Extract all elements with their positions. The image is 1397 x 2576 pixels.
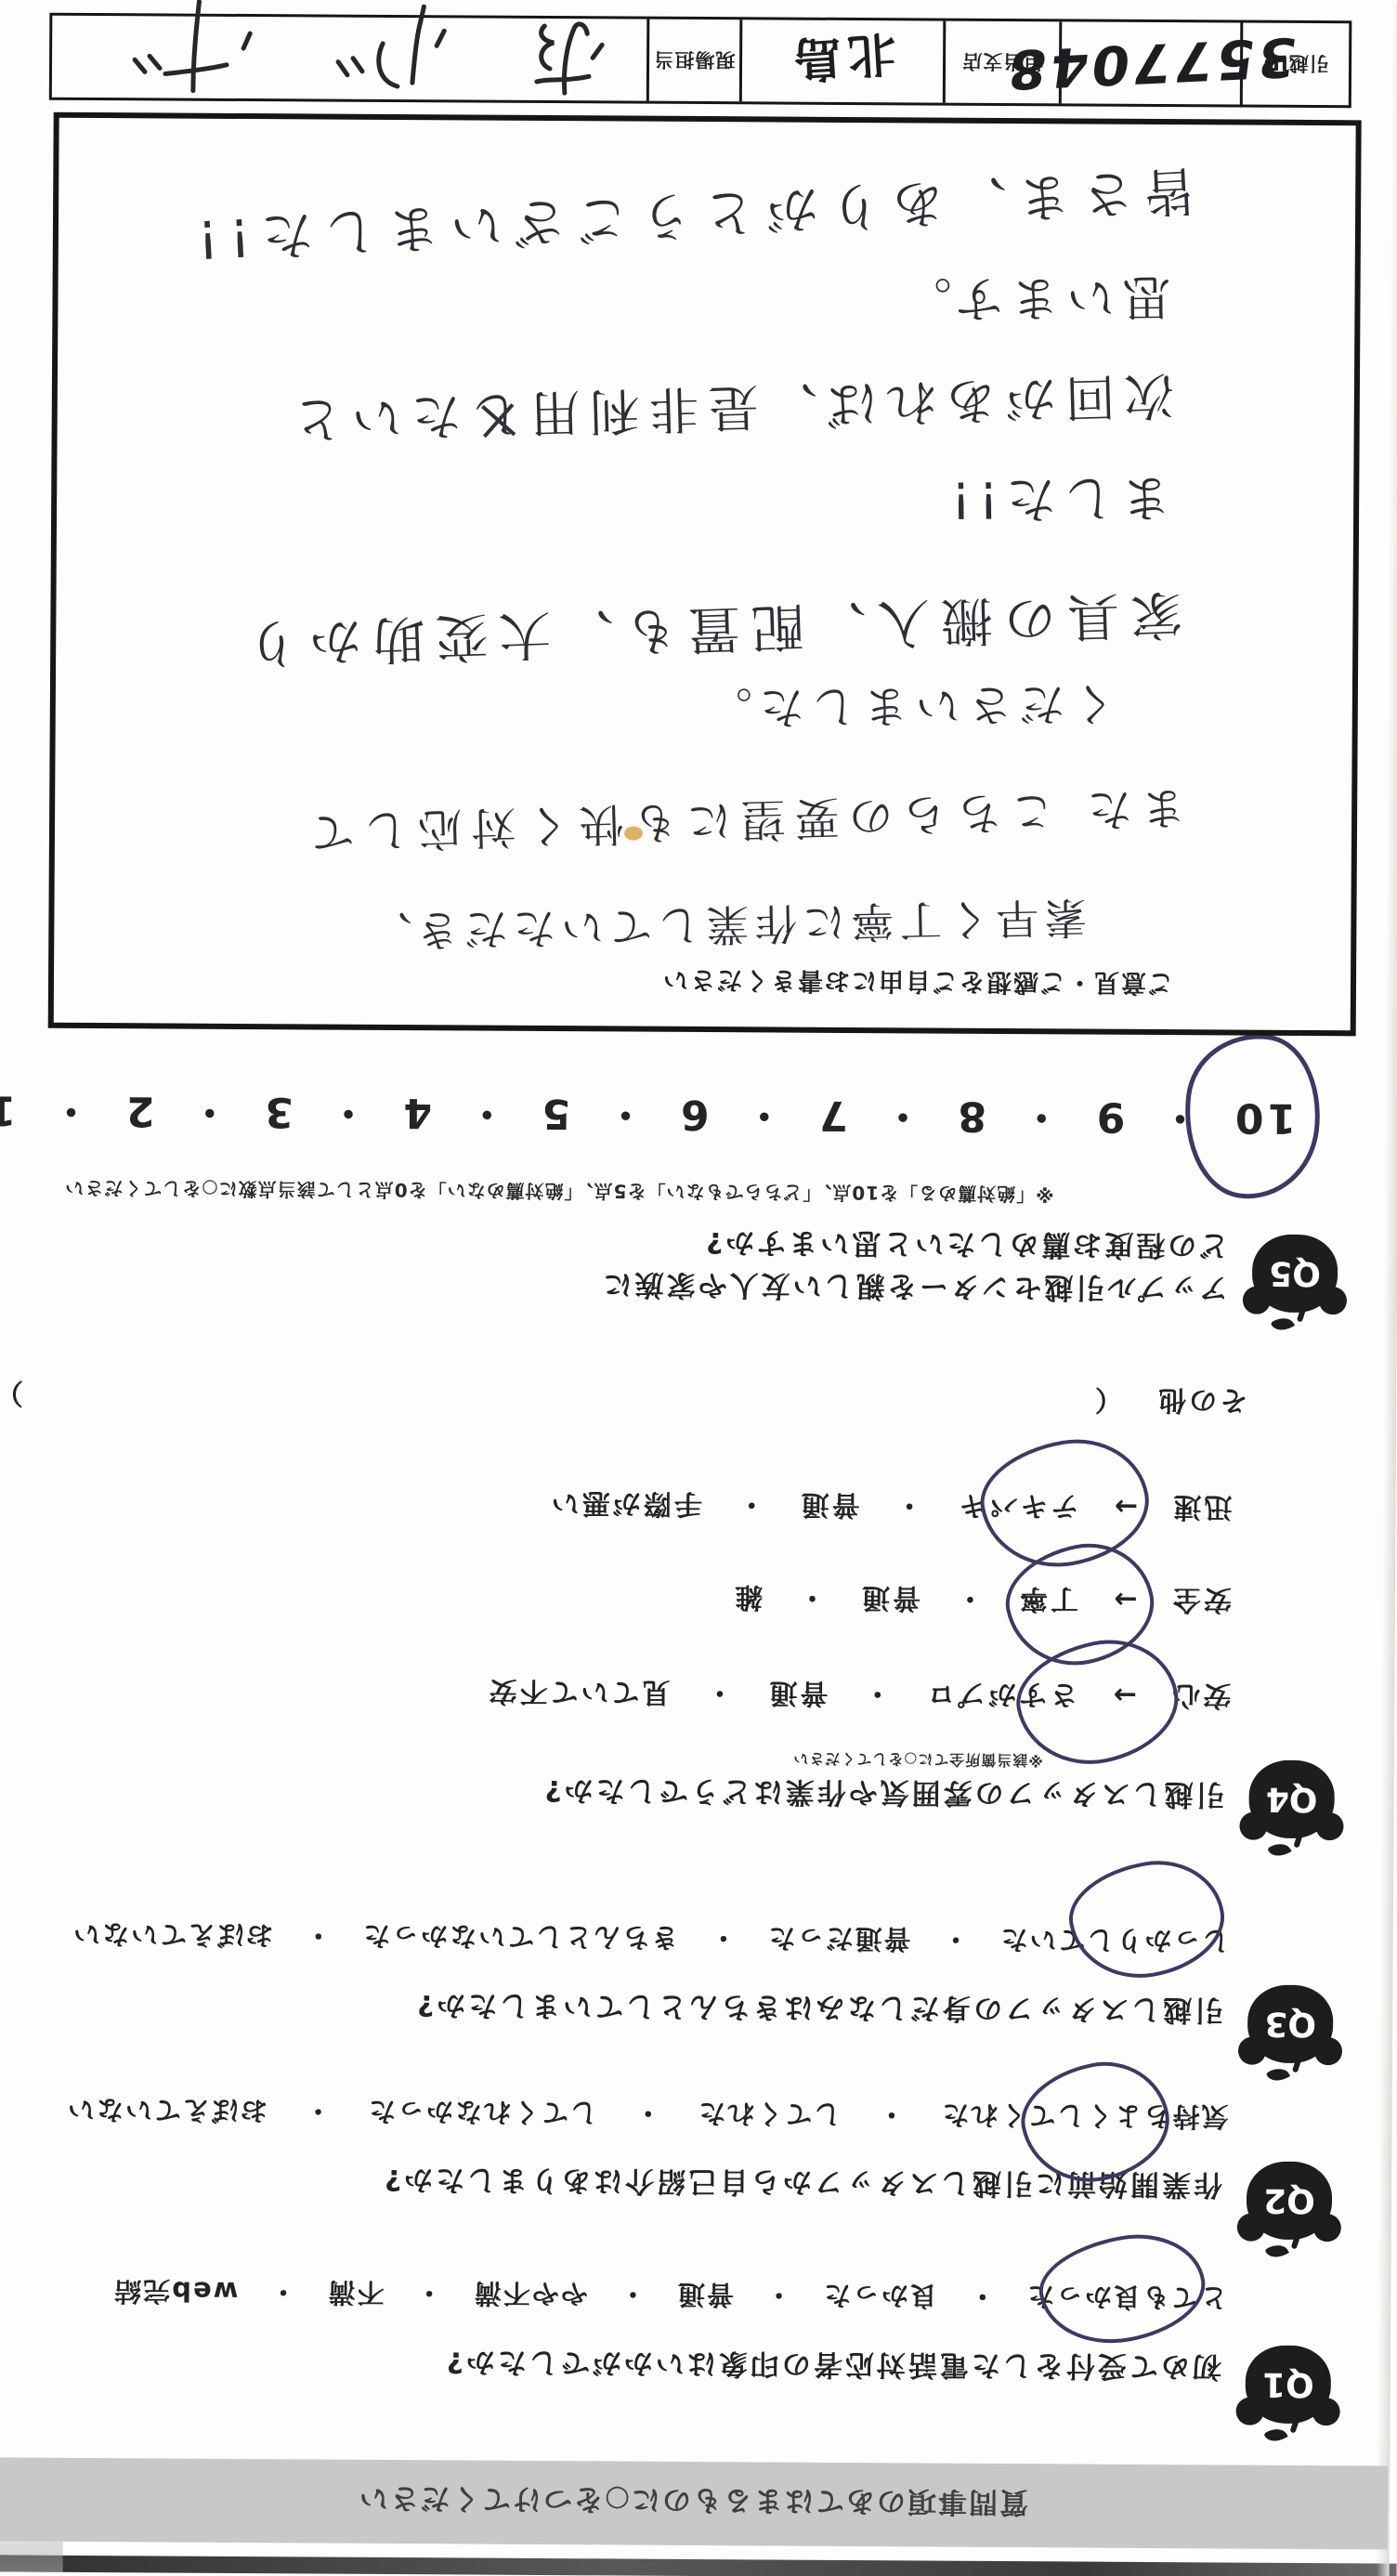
crew-signatures-cell (52, 16, 647, 101)
badge-sprout-icon (1271, 1314, 1295, 1335)
branch-handwritten-value: 北島 (787, 23, 899, 99)
q4-answer-circle-jinsoku (973, 1428, 1158, 1578)
q1-badge-icon: Q1 (1241, 2342, 1335, 2439)
q3-answer-circle (1062, 1850, 1233, 1989)
q5-question-line1: アップル引越センターを親しい友人や家族に (601, 1266, 1229, 1312)
comment-box-label: ご意見・ご感想をご自由にお書きください (661, 964, 1173, 1003)
q4-row-label: 安全 (1170, 1583, 1232, 1615)
q4-row-other: その他 （ ） (0, 1375, 1247, 1423)
badge-sprout-icon (1263, 2425, 1287, 2446)
q4-badge-icon: Q4 (1245, 1757, 1338, 1854)
paper-stain (624, 827, 643, 841)
moving-id-value-cell: 3577048 (1059, 21, 1241, 104)
q5-badge-label: Q5 (1252, 1235, 1338, 1314)
footer-info-table: 引越ID 3577048 担当支店 北島 現場担当 (49, 13, 1352, 109)
header-instruction-text: 質問事項のあてはまるものに○をつけてください (358, 2480, 1028, 2526)
comment-handwriting-line: 思います。 (895, 267, 1171, 339)
badge-sprout-icon (1267, 1839, 1291, 1861)
paren-close: ） (0, 1376, 23, 1408)
crew-label: 現場担当 (653, 46, 735, 75)
correction-cross-mark (476, 398, 521, 443)
comment-handwriting-line: ました!! (943, 465, 1171, 540)
q3-options: しっかりしていた ・ 普通だった ・ きちんとしていなかった ・ おぼえていない (72, 1916, 1230, 1962)
q4-question: 引越しスタッフの雰囲気や作業はどうでしたか? (542, 1772, 1225, 1818)
badge-sprout-icon (1264, 2241, 1288, 2262)
survey-sheet-rotated-180: 質問事項のあてはまるものに○をつけてください Q1 初めて受付をした電話対応者の… (0, 0, 1397, 2576)
branch-value-cell: 北島 (739, 20, 944, 102)
q5-note: ※「絶対薦める」を10点、「どちらでもない」を5点、「絶対薦めない」を0点として… (64, 1176, 1054, 1210)
q1-badge-label: Q1 (1246, 2346, 1332, 2425)
scan-edge-shadow (0, 2555, 1397, 2576)
q4-row-label: その他 (1155, 1383, 1247, 1417)
q2-badge-icon: Q2 (1243, 2158, 1337, 2256)
crew-label-cell: 現場担当 (646, 20, 739, 102)
q4-row-label: 安心 (1169, 1679, 1231, 1711)
q5-question-line2: どの程度お薦めしたいと思いますか? (703, 1224, 1228, 1269)
q4-note: ※該当箇所全てに○をしてください (792, 1749, 1043, 1772)
q2-badge-label: Q2 (1247, 2162, 1333, 2241)
q3-question: 引越しスタッフの身だしなみはきちんとしていましたか? (414, 1987, 1223, 2033)
q4-row-label: 迅速 (1170, 1490, 1232, 1523)
q4-other-blank-space (56, 1384, 1059, 1391)
q3-badge-label: Q3 (1247, 1985, 1334, 2064)
badge-sprout-icon (1266, 2064, 1290, 2086)
header-instruction-bar: 質問事項のあてはまるものに○をつけてください (0, 2457, 1388, 2549)
scan-edge-left-shade (1377, 5, 1397, 2576)
q5-nps-scale: 10 ・ 9 ・ 8 ・ 7 ・ 6 ・ 5 ・ 4 ・ 3 ・ 2 ・ 1 ・… (70, 1085, 1296, 1152)
q4-badge-label: Q4 (1248, 1760, 1335, 1839)
q5-answer-circle-10 (1176, 1026, 1329, 1206)
scanned-survey-page: 質問事項のあてはまるものに○をつけてください Q1 初めて受付をした電話対応者の… (0, 0, 1397, 2576)
q1-question: 初めて受付をした電話対応者の印象はいかがでしたか? (444, 2344, 1221, 2390)
comment-handwriting-line: くださいました。 (699, 675, 1116, 744)
paren-open: （ (1092, 1383, 1123, 1416)
q3-badge-icon: Q3 (1244, 1981, 1338, 2079)
crew-signatures-handwriting (52, 16, 647, 101)
q4-row-anzen: 安全 → 丁寧 ・ 普通 ・ 雑 (732, 1579, 1232, 1623)
q1-answer-circle (1032, 2224, 1212, 2355)
q4-row-options: さすがプロ ・ 普通 ・ 見ていて不安 (486, 1675, 1077, 1711)
q5-badge-icon: Q5 (1248, 1231, 1342, 1328)
